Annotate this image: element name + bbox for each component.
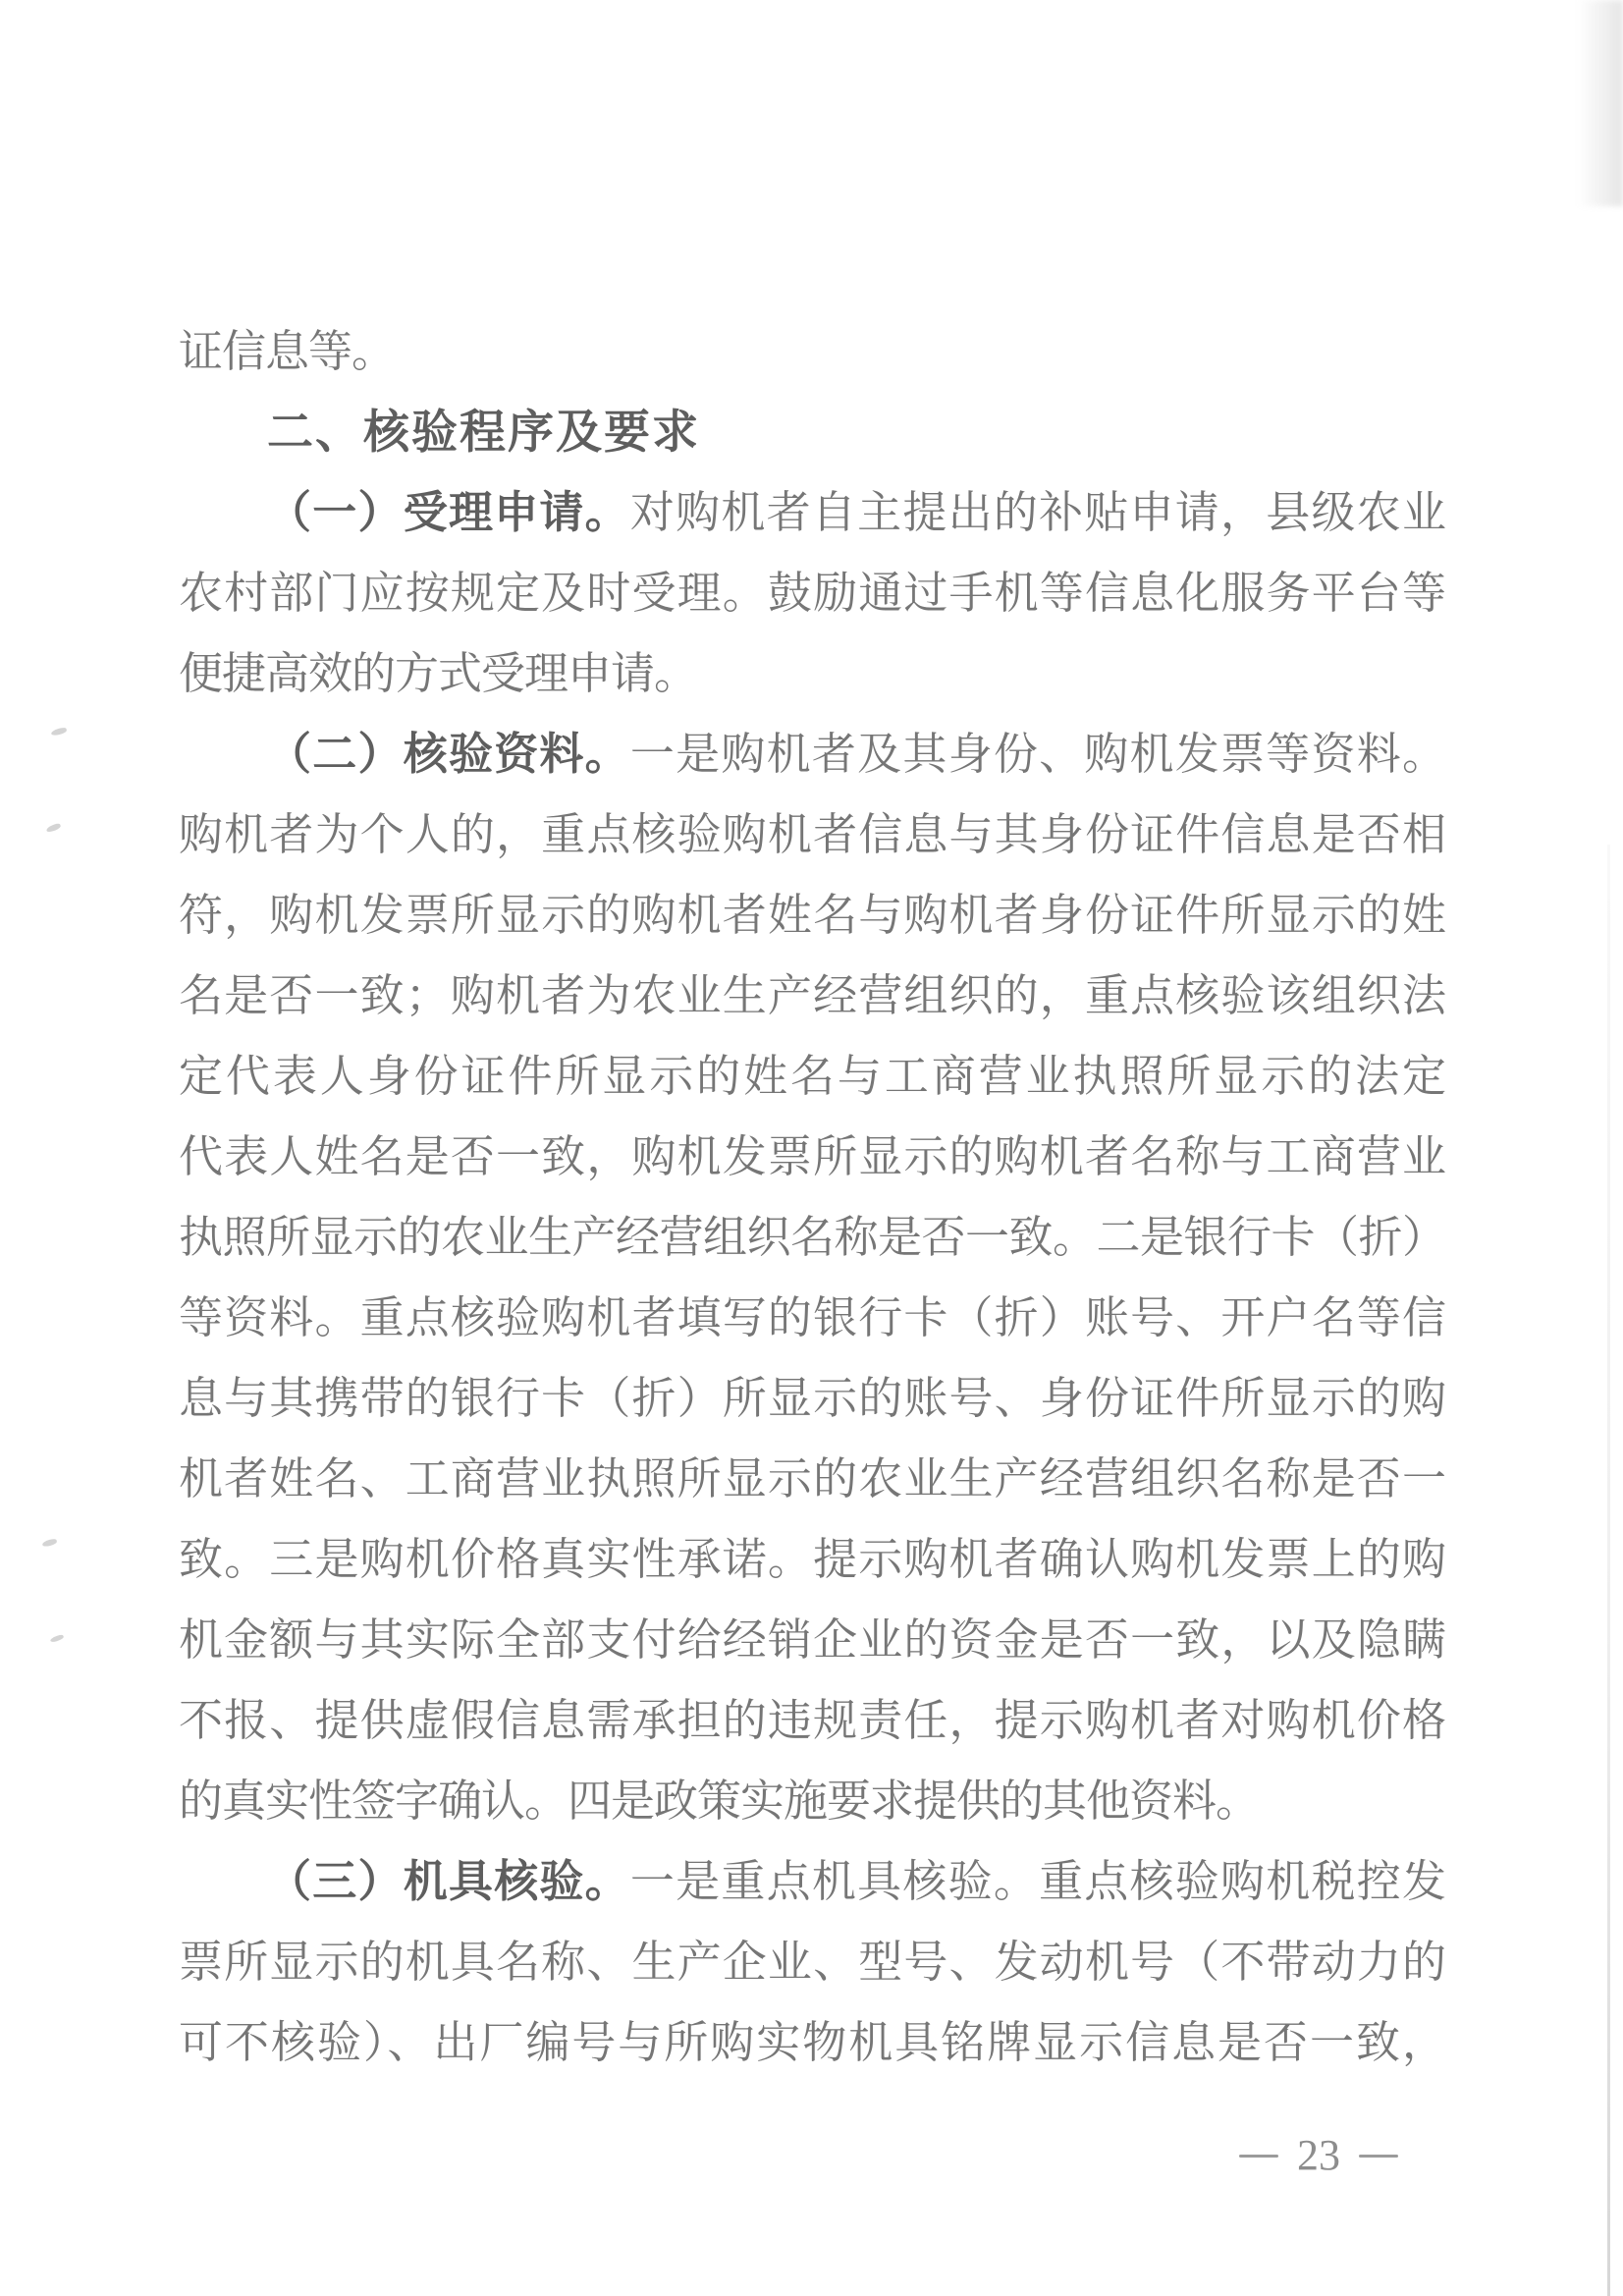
page-number: 23: [1297, 2133, 1340, 2178]
line-text: 名是否一致；购机者为农业生产经营组织的，重点核验该组织法: [179, 971, 1445, 1020]
text-line: 购机者为个人的，重点核验购机者信息与其身份证件信息是否相: [179, 794, 1445, 875]
line-text: 机者姓名、工商营业执照所显示的农业生产经营组织名称是否一: [179, 1454, 1445, 1503]
line-text: 可不核验）、出厂编号与所购实物机具铭牌显示信息是否一致，: [179, 2018, 1445, 2067]
text-line: 执照所显示的农业生产经营组织名称是否一致。二是银行卡（折）: [179, 1197, 1445, 1278]
text-line: 不报、提供虚假信息需承担的违规责任，提示购机者对购机价格: [179, 1680, 1445, 1761]
text-line: 的真实性签字确认。四是政策实施要求提供的其他资料。: [179, 1761, 1445, 1841]
line-text: 致。三是购机价格真实性承诺。提示购机者确认购机发票上的购: [179, 1535, 1445, 1584]
line-text: 不报、提供虚假信息需承担的违规责任，提示购机者对购机价格: [179, 1696, 1445, 1745]
scan-artifact-smudge: [41, 1538, 57, 1547]
text-line: （二）核验资料。一是购机者及其身份、购机发票等资料。: [179, 714, 1445, 794]
text-line: 票所显示的机具名称、生产企业、型号、发动机号（不带动力的: [179, 1922, 1445, 2002]
paragraph-lead: （二）核验资料。: [267, 729, 630, 779]
scan-artifact-corner-shadow: [1578, 0, 1623, 206]
text-line: 机金额与其实际全部支付给经销企业的资金是否一致，以及隐瞒: [179, 1600, 1445, 1680]
text-line: 农村部门应按规定及时受理。鼓励通过手机等信息化服务平台等: [179, 553, 1445, 633]
line-text: 对购机者自主提出的补贴申请，县级农业: [630, 488, 1445, 537]
text-line: 符，购机发票所显示的购机者姓名与购机者身份证件所显示的姓: [179, 875, 1445, 956]
line-text: 息与其携带的银行卡（折）所显示的账号、身份证件所显示的购: [179, 1374, 1445, 1423]
text-line: （一）受理申请。对购机者自主提出的补贴申请，县级农业: [179, 472, 1445, 553]
text-line: 代表人姓名是否一致，购机发票所显示的购机者名称与工商营业: [179, 1117, 1445, 1197]
line-text: 的真实性签字确认。四是政策实施要求提供的其他资料。: [179, 1777, 1259, 1826]
section-heading: 二、核验程序及要求: [179, 392, 1445, 472]
line-text: 执照所显示的农业生产经营组织名称是否一致。二是银行卡（折）: [179, 1213, 1445, 1262]
page-footer: 23: [1239, 2133, 1398, 2178]
text-line: 致。三是购机价格真实性承诺。提示购机者确认购机发票上的购: [179, 1519, 1445, 1600]
text-line: 便捷高效的方式受理申请。: [179, 633, 1445, 714]
line-text: 农村部门应按规定及时受理。鼓励通过手机等信息化服务平台等: [179, 569, 1445, 618]
document-page: 证信息等。 二、核验程序及要求 （一）受理申请。对购机者自主提出的补贴申请，县级…: [0, 0, 1623, 2296]
scan-artifact-edge-line: [1607, 845, 1610, 2296]
paragraph-lead: （三）机具核验。: [267, 1856, 630, 1906]
line-text: 符，购机发票所显示的购机者姓名与购机者身份证件所显示的姓: [179, 891, 1445, 940]
line-text: 便捷高效的方式受理申请。: [179, 649, 697, 698]
text-line: 等资料。重点核验购机者填写的银行卡（折）账号、开户名等信: [179, 1278, 1445, 1358]
scan-artifact-smudge: [45, 823, 61, 834]
line-text: 一是重点机具核验。重点核验购机税控发: [630, 1857, 1445, 1906]
line-text: 等资料。重点核验购机者填写的银行卡（折）账号、开户名等信: [179, 1293, 1445, 1342]
text-line: （三）机具核验。一是重点机具核验。重点核验购机税控发: [179, 1841, 1445, 1922]
text-line: 可不核验）、出厂编号与所购实物机具铭牌显示信息是否一致，: [179, 2002, 1445, 2083]
line-text: 机金额与其实际全部支付给经销企业的资金是否一致，以及隐瞒: [179, 1615, 1445, 1665]
line-text: 购机者为个人的，重点核验购机者信息与其身份证件信息是否相: [179, 810, 1445, 859]
text-line: 机者姓名、工商营业执照所显示的农业生产经营组织名称是否一: [179, 1439, 1445, 1519]
scan-artifact-smudge: [50, 1634, 65, 1643]
scan-artifact-smudge: [51, 727, 68, 737]
footer-dash-left: [1239, 2155, 1278, 2158]
line-text: 代表人姓名是否一致，购机发票所显示的购机者名称与工商营业: [179, 1132, 1445, 1181]
line-text: 一是购机者及其身份、购机发票等资料。: [630, 730, 1445, 779]
text-line: 定代表人身份证件所显示的姓名与工商营业执照所显示的法定: [179, 1036, 1445, 1117]
text-line-continuation: 证信息等。: [179, 311, 1445, 392]
footer-dash-right: [1359, 2155, 1398, 2158]
text-block: 证信息等。 二、核验程序及要求 （一）受理申请。对购机者自主提出的补贴申请，县级…: [179, 311, 1445, 2083]
line-text: 票所显示的机具名称、生产企业、型号、发动机号（不带动力的: [179, 1938, 1445, 1987]
text-line: 名是否一致；购机者为农业生产经营组织的，重点核验该组织法: [179, 956, 1445, 1036]
line-text: 证信息等。: [179, 327, 395, 376]
heading-text: 二、核验程序及要求: [267, 406, 700, 458]
line-text: 定代表人身份证件所显示的姓名与工商营业执照所显示的法定: [179, 1052, 1445, 1101]
text-line: 息与其携带的银行卡（折）所显示的账号、身份证件所显示的购: [179, 1358, 1445, 1439]
paragraph-lead: （一）受理申请。: [267, 487, 630, 537]
